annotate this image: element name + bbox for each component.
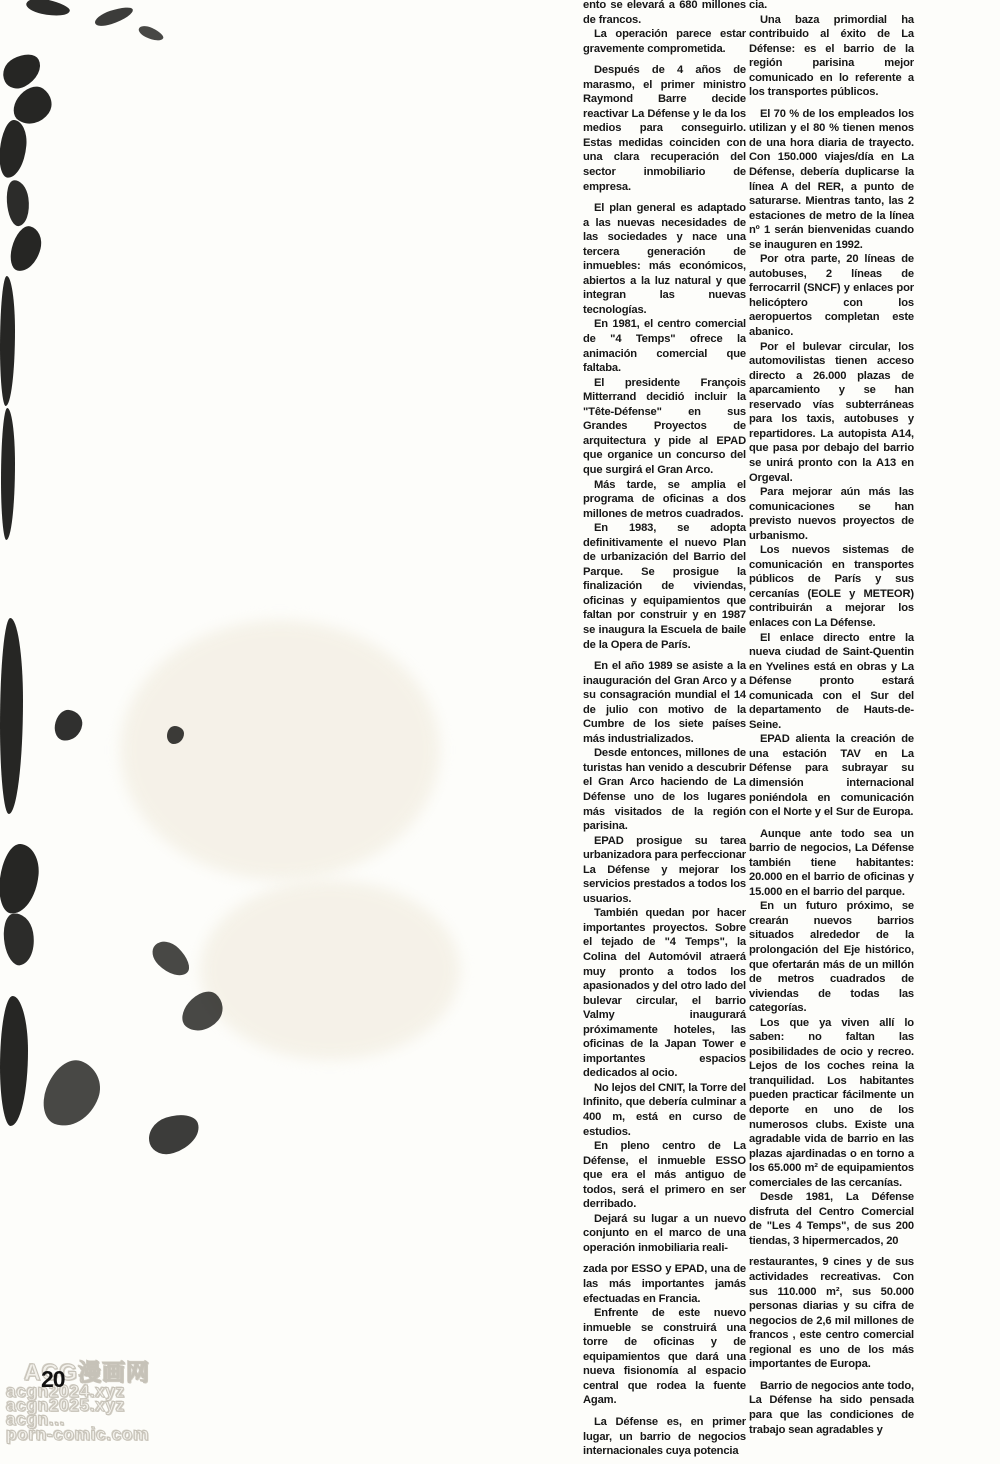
paragraph: El plan general es adaptado a las nuevas… [583,201,746,317]
paragraph: Los nuevos sistemas de comunicación en t… [749,543,914,630]
ink-blob [53,708,84,742]
ink-blob [0,48,47,93]
paragraph: El 70 % de los empleados los utilizan y … [749,107,914,252]
watermark: ACG漫画网 acgn2024.xyzacgn2025.xyzacgn...po… [6,1360,150,1441]
scan-smudge [120,620,440,880]
paragraph: Desde 1981, La Défense disfruta del Cent… [749,1190,914,1248]
ink-blob [4,179,32,228]
paragraph: La operación parece estar gravemente com… [583,27,746,56]
ink-blob [147,935,195,983]
paragraph: EPAD prosigue su tarea urbanizadora para… [583,834,746,907]
ink-blob [0,996,28,1126]
ink-blob [36,1053,108,1135]
paragraph: En 1981, el centro comercial de "4 Temps… [583,317,746,375]
ink-blob [0,276,15,406]
ink-blob [0,119,28,179]
article-column-right: cia.Una baza primordial ha contribuido a… [749,0,914,1437]
paragraph: Dejará su lugar a un nuevo conjunto en e… [583,1212,746,1256]
paragraph: Aunque ante todo sea un barrio de negoci… [749,827,914,900]
watermark-line: porn-comic.com [6,1427,150,1441]
ink-blob [7,223,45,274]
ink-blob [0,618,23,814]
paragraph: Después de 4 años de marasmo, el primer … [583,63,746,194]
paragraph: No lejos del CNIT, la Torre del Infinito… [583,1081,746,1139]
paragraph: Desde entonces, millones de turistas han… [583,746,746,833]
paragraph: En pleno centro de La Défense, el inmueb… [583,1139,746,1212]
paragraph: Barrio de negocios ante todo, La Défense… [749,1379,914,1437]
scan-smudge [200,880,460,1060]
paragraph: En un futuro próximo, se crearán nuevos … [749,899,914,1015]
ink-blob [137,23,165,44]
paragraph: El presidente François Mitterrand decidi… [583,376,746,478]
paragraph: Por otra parte, 20 líneas de autobuses, … [749,252,914,339]
paragraph: En 1983, se adopta definitivamente el nu… [583,521,746,652]
ink-blob [0,911,38,967]
page-number: 20 [41,1366,65,1393]
paragraph: restaurantes, 9 cines y de sus actividad… [749,1255,914,1371]
scanned-magazine-page: ento se elevará a 680 millones de franco… [0,0,1000,1464]
paragraph: ento se elevará a 680 millones de franco… [583,0,746,27]
paragraph: También quedan por hacer importantes pro… [583,906,746,1081]
ink-blob [144,1109,205,1159]
watermark-lines: acgn2024.xyzacgn2025.xyzacgn...porn-comi… [6,1384,150,1441]
paragraph: La Défense es, en primer lugar, un barri… [583,1415,746,1459]
paragraph: En el año 1989 se asiste a la inauguraci… [583,659,746,746]
paragraph: cia. [749,0,914,13]
ink-blob [1,408,15,540]
paragraph: Para mejorar aún más las comunicaciones … [749,485,914,543]
ink-blob [0,842,42,916]
ink-blob [93,4,135,29]
article-column-left: ento se elevará a 680 millones de franco… [583,0,746,1459]
paragraph: Enfrente de este nuevo inmueble se const… [583,1306,746,1408]
ink-blob [25,0,71,19]
paragraph: zada por ESSO y EPAD, una de las más imp… [583,1262,746,1306]
paragraph: Más tarde, se amplia el programa de ofic… [583,478,746,522]
paragraph: Por el bulevar circular, los automovilis… [749,340,914,485]
paragraph: EPAD alienta la creación de una estación… [749,732,914,819]
paragraph: Los que ya viven allí lo saben: no falta… [749,1016,914,1191]
ink-blob [167,726,184,744]
paragraph: El enlace directo entre la nueva ciudad … [749,631,914,733]
ink-blob [8,80,59,132]
paragraph: Una baza primordial ha contribuido al éx… [749,13,914,100]
ink-blob [176,984,230,1040]
